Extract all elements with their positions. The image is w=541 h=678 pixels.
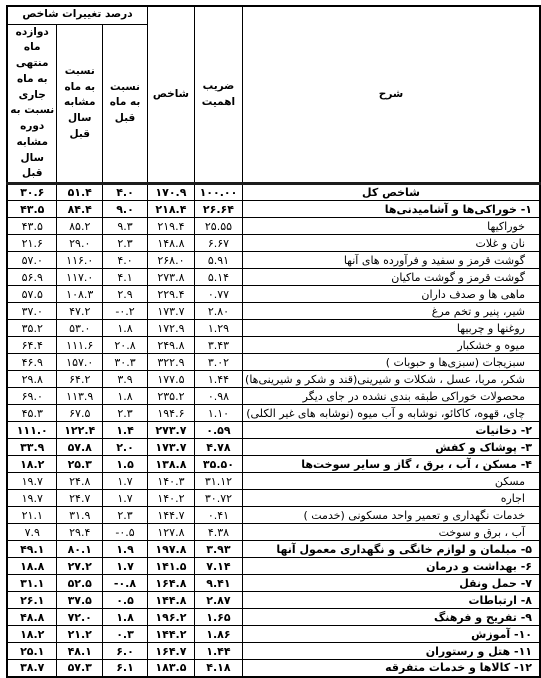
row-importance-weight: ۲۶.۶۴	[194, 201, 242, 218]
header-importance-weight: ضریب اهمیت	[194, 6, 242, 184]
row-vs-prev-month: ۳۰.۳	[103, 354, 148, 371]
row-index-value: ۲۱۸.۴	[147, 201, 194, 218]
row-vs-same-month-prev-year: ۴۸.۱	[57, 643, 103, 660]
table-row: نان و غلات ۶.۶۷ ۱۴۸.۸ ۲.۳ ۲۹.۰ ۲۱.۶	[7, 235, 540, 252]
row-description: سبزیجات (سبزی‌ها و حبوبات )	[243, 354, 540, 371]
row-vs-same-month-prev-year: ۶۷.۵	[57, 405, 103, 422]
row-index-value: ۱۴۴.۷	[147, 507, 194, 524]
row-vs-prev-month: ۱.۸	[103, 388, 148, 405]
page: { "page": { "background": "#ffffff", "bo…	[0, 0, 541, 640]
row-importance-weight: ۰.۷۷	[194, 286, 242, 303]
row-description: روغنها و چربیها	[243, 320, 540, 337]
row-index-value: ۱۴۱.۵	[147, 558, 194, 575]
row-twelve-month: ۴۵.۳	[7, 405, 57, 422]
header-index: شاخص	[147, 6, 194, 184]
row-vs-same-month-prev-year: ۵۱.۴	[57, 184, 103, 201]
row-twelve-month: ۲۵.۱	[7, 643, 57, 660]
row-description: ۲- دخانیات	[243, 422, 540, 439]
row-description: ۹- تفریح و فرهنگ	[243, 609, 540, 626]
row-description: چای، قهوه، کاکائو، نوشابه و آب میوه (نوش…	[243, 405, 540, 422]
row-vs-same-month-prev-year: ۲۴.۷	[57, 490, 103, 507]
table-row: ۱۲- کالاها و خدمات متفرقه ۴.۱۸ ۱۸۳.۵ ۶.۱…	[7, 660, 540, 677]
row-vs-same-month-prev-year: ۲۵.۳	[57, 456, 103, 473]
row-twelve-month: ۲۶.۱	[7, 592, 57, 609]
table-row: آب ، برق و سوخت ۴.۳۸ ۱۲۷.۸ -۰.۵ ۲۹.۴ ۷.۹	[7, 524, 540, 541]
row-twelve-month: ۳۰.۶	[7, 184, 57, 201]
row-importance-weight: ۳.۰۲	[194, 354, 242, 371]
row-twelve-month: ۴۳.۵	[7, 218, 57, 235]
table-row: چای، قهوه، کاکائو، نوشابه و آب میوه (نوش…	[7, 405, 540, 422]
row-importance-weight: ۴.۱۸	[194, 660, 242, 677]
table-row: مسکن ۳۱.۱۲ ۱۴۰.۳ ۱.۷ ۲۴.۸ ۱۹.۷	[7, 473, 540, 490]
row-vs-same-month-prev-year: ۳۱.۹	[57, 507, 103, 524]
row-vs-same-month-prev-year: ۱۱۱.۶	[57, 337, 103, 354]
row-vs-same-month-prev-year: ۵۷.۳	[57, 660, 103, 677]
row-index-value: ۱۹۷.۸	[147, 541, 194, 558]
row-vs-same-month-prev-year: ۸۴.۴	[57, 201, 103, 218]
table-row: ۶- بهداشت و درمان ۷.۱۴ ۱۴۱.۵ ۱.۷ ۲۷.۲ ۱۸…	[7, 558, 540, 575]
row-index-value: ۱۶۴.۷	[147, 643, 194, 660]
row-twelve-month: ۱۸.۲	[7, 456, 57, 473]
row-importance-weight: ۱.۴۴	[194, 643, 242, 660]
table-row: ماهی ها و صدف داران ۰.۷۷ ۲۲۹.۴ ۲.۹ ۱۰۸.۳…	[7, 286, 540, 303]
row-vs-same-month-prev-year: ۸۰.۱	[57, 541, 103, 558]
table-row: ۲- دخانیات ۰.۵۹ ۲۷۳.۷ ۱.۴ ۱۲۲.۴ ۱۱۱.۰	[7, 422, 540, 439]
row-description: نان و غلات	[243, 235, 540, 252]
table-row: ۴- مسکن ، آب ، برق ، گاز و سایر سوخت‌ها …	[7, 456, 540, 473]
table-row: ۱- خوراکی‌ها و آشامیدنی‌ها ۲۶.۶۴ ۲۱۸.۴ ۹…	[7, 201, 540, 218]
row-index-value: ۲۴۹.۸	[147, 337, 194, 354]
row-vs-prev-month: ۶.۱	[103, 660, 148, 677]
row-importance-weight: ۰.۹۸	[194, 388, 242, 405]
row-vs-same-month-prev-year: ۱۱۶.۰	[57, 252, 103, 269]
row-vs-same-month-prev-year: ۲۴.۸	[57, 473, 103, 490]
row-description: ۳- پوشاک و کفش	[243, 439, 540, 456]
row-importance-weight: ۶.۶۷	[194, 235, 242, 252]
row-vs-prev-month: ۲.۳	[103, 405, 148, 422]
row-importance-weight: ۱.۶۵	[194, 609, 242, 626]
row-twelve-month: ۴۳.۵	[7, 201, 57, 218]
row-vs-same-month-prev-year: ۲۹.۴	[57, 524, 103, 541]
header-vs-same-month-prev-year: نسبت به ماه مشابه سال قبل	[57, 24, 103, 184]
row-vs-prev-month: ۴.۰	[103, 252, 148, 269]
row-vs-prev-month: ۱.۴	[103, 422, 148, 439]
row-vs-same-month-prev-year: ۵۲.۵	[57, 575, 103, 592]
table-row: ۸- ارتباطات ۲.۸۷ ۱۴۴.۸ ۰.۵ ۳۷.۵ ۲۶.۱	[7, 592, 540, 609]
row-vs-prev-month: ۹.۰	[103, 201, 148, 218]
row-vs-prev-month: ۱.۷	[103, 558, 148, 575]
row-description: اجاره	[243, 490, 540, 507]
row-twelve-month: ۱۹.۷	[7, 490, 57, 507]
row-twelve-month: ۴۸.۸	[7, 609, 57, 626]
row-description: گوشت قرمز و گوشت ماکیان	[243, 269, 540, 286]
row-twelve-month: ۲۹.۸	[7, 371, 57, 388]
row-description: ۱- خوراکی‌ها و آشامیدنی‌ها	[243, 201, 540, 218]
row-description: شیر، پنیر و تخم مرغ	[243, 303, 540, 320]
row-description: ۷- حمل ونقل	[243, 575, 540, 592]
row-index-value: ۲۱۹.۴	[147, 218, 194, 235]
row-importance-weight: ۰.۵۹	[194, 422, 242, 439]
row-twelve-month: ۶۹.۰	[7, 388, 57, 405]
row-index-value: ۱۴۴.۸	[147, 592, 194, 609]
row-vs-same-month-prev-year: ۱۰۸.۳	[57, 286, 103, 303]
row-description: خوراکیها	[243, 218, 540, 235]
row-description: ۱۲- کالاها و خدمات متفرقه	[243, 660, 540, 677]
table-row: اجاره ۳۰.۷۲ ۱۴۰.۲ ۱.۷ ۲۴.۷ ۱۹.۷	[7, 490, 540, 507]
row-index-value: ۱۷۳.۷	[147, 439, 194, 456]
row-vs-same-month-prev-year: ۱۵۷.۰	[57, 354, 103, 371]
row-vs-prev-month: ۹.۳	[103, 218, 148, 235]
row-index-value: ۱۹۴.۶	[147, 405, 194, 422]
row-vs-same-month-prev-year: ۷۲.۰	[57, 609, 103, 626]
row-index-value: ۲۷۳.۷	[147, 422, 194, 439]
row-description: شاخص کل	[243, 184, 540, 201]
row-twelve-month: ۵۶.۹	[7, 269, 57, 286]
row-vs-prev-month: ۲.۳	[103, 507, 148, 524]
row-vs-same-month-prev-year: ۱۱۳.۹	[57, 388, 103, 405]
header-percent-changes-title: درصد تغییرات شاخص	[7, 6, 147, 24]
table-row: محصولات خوراکی طبقه بندی نشده در جای دیگ…	[7, 388, 540, 405]
table-row: شاخص کل ۱۰۰.۰۰ ۱۷۰.۹ ۴.۰ ۵۱.۴ ۳۰.۶	[7, 184, 540, 201]
table-row: ۹- تفریح و فرهنگ ۱.۶۵ ۱۹۶.۲ ۱.۸ ۷۲.۰ ۴۸.…	[7, 609, 540, 626]
row-description: ۱۱- هتل و رستوران	[243, 643, 540, 660]
row-vs-same-month-prev-year: ۲۹.۰	[57, 235, 103, 252]
row-twelve-month: ۱۸.۸	[7, 558, 57, 575]
row-vs-prev-month: -۰.۵	[103, 524, 148, 541]
table-row: گوشت قرمز و گوشت ماکیان ۵.۱۴ ۲۷۳.۸ ۴.۱ ۱…	[7, 269, 540, 286]
row-vs-prev-month: ۶.۰	[103, 643, 148, 660]
row-vs-prev-month: ۴.۰	[103, 184, 148, 201]
row-twelve-month: ۲۱.۶	[7, 235, 57, 252]
row-importance-weight: ۱.۲۹	[194, 320, 242, 337]
row-twelve-month: ۳۵.۲	[7, 320, 57, 337]
table-header: شرح ضریب اهمیت شاخص درصد تغییرات شاخص نس…	[7, 6, 540, 184]
row-importance-weight: ۳۰.۷۲	[194, 490, 242, 507]
row-importance-weight: ۳۵.۵۰	[194, 456, 242, 473]
row-index-value: ۱۷۰.۹	[147, 184, 194, 201]
row-vs-same-month-prev-year: ۸۵.۲	[57, 218, 103, 235]
row-vs-same-month-prev-year: ۲۷.۲	[57, 558, 103, 575]
row-vs-prev-month: ۳.۹	[103, 371, 148, 388]
row-vs-same-month-prev-year: ۵۳.۰	[57, 320, 103, 337]
row-twelve-month: ۳۸.۷	[7, 660, 57, 677]
row-vs-prev-month: ۴.۱	[103, 269, 148, 286]
row-index-value: ۱۶۴.۸	[147, 575, 194, 592]
table-row: میوه و خشکبار ۳.۴۳ ۲۴۹.۸ ۲۰.۸ ۱۱۱.۶ ۶۴.۴	[7, 337, 540, 354]
header-twelve-month: دوازده ماه منتهی به ماه جاری نسبت به دور…	[7, 24, 57, 184]
table-row: شیر، پنیر و تخم مرغ ۲.۸۰ ۱۷۳.۷ -۰.۲ ۴۷.۲…	[7, 303, 540, 320]
row-vs-same-month-prev-year: ۴۷.۲	[57, 303, 103, 320]
row-index-value: ۱۷۲.۹	[147, 320, 194, 337]
row-vs-prev-month: ۰.۵	[103, 592, 148, 609]
table-row: ۱۱- هتل و رستوران ۱.۴۴ ۱۶۴.۷ ۶.۰ ۴۸.۱ ۲۵…	[7, 643, 540, 660]
row-twelve-month: ۷.۹	[7, 524, 57, 541]
row-importance-weight: ۵.۹۱	[194, 252, 242, 269]
row-twelve-month: ۶۴.۴	[7, 337, 57, 354]
table-row: ۳- پوشاک و کفش ۴.۷۸ ۱۷۳.۷ ۲.۰ ۵۷.۸ ۳۳.۹	[7, 439, 540, 456]
row-importance-weight: ۰.۴۱	[194, 507, 242, 524]
row-importance-weight: ۳۱.۱۲	[194, 473, 242, 490]
row-vs-prev-month: ۱.۹	[103, 541, 148, 558]
row-vs-same-month-prev-year: ۳۷.۵	[57, 592, 103, 609]
row-importance-weight: ۴.۳۸	[194, 524, 242, 541]
table-row: خدمات نگهداری و تعمیر واحد مسکونی (خدمت …	[7, 507, 540, 524]
row-index-value: ۱۷۷.۵	[147, 371, 194, 388]
row-description: میوه و خشکبار	[243, 337, 540, 354]
table-body: شاخص کل ۱۰۰.۰۰ ۱۷۰.۹ ۴.۰ ۵۱.۴ ۳۰.۶ ۱- خو…	[7, 184, 540, 677]
row-vs-prev-month: ۲.۳	[103, 235, 148, 252]
cpi-table-sheet: شرح ضریب اهمیت شاخص درصد تغییرات شاخص نس…	[6, 5, 541, 678]
row-index-value: ۲۳۵.۲	[147, 388, 194, 405]
row-vs-prev-month: ۱.۸	[103, 320, 148, 337]
row-index-value: ۱۴۰.۳	[147, 473, 194, 490]
row-vs-prev-month: ۲.۹	[103, 286, 148, 303]
row-twelve-month: ۳۱.۱	[7, 575, 57, 592]
row-vs-prev-month: -۰.۸	[103, 575, 148, 592]
row-vs-prev-month: ۱.۷	[103, 490, 148, 507]
row-index-value: ۱۴۸.۸	[147, 235, 194, 252]
row-importance-weight: ۵.۱۴	[194, 269, 242, 286]
row-twelve-month: ۱۱۱.۰	[7, 422, 57, 439]
row-index-value: ۱۲۷.۸	[147, 524, 194, 541]
row-vs-same-month-prev-year: ۱۲۲.۴	[57, 422, 103, 439]
row-vs-prev-month: -۰.۲	[103, 303, 148, 320]
row-twelve-month: ۱۹.۷	[7, 473, 57, 490]
row-importance-weight: ۲۵.۵۵	[194, 218, 242, 235]
table-row: ۷- حمل ونقل ۹.۴۱ ۱۶۴.۸ -۰.۸ ۵۲.۵ ۳۱.۱	[7, 575, 540, 592]
row-vs-same-month-prev-year: ۶۴.۲	[57, 371, 103, 388]
row-twelve-month: ۴۶.۹	[7, 354, 57, 371]
row-importance-weight: ۹.۴۱	[194, 575, 242, 592]
cpi-index-table: شرح ضریب اهمیت شاخص درصد تغییرات شاخص نس…	[6, 5, 541, 678]
row-index-value: ۲۷۳.۸	[147, 269, 194, 286]
row-description: ماهی ها و صدف داران	[243, 286, 540, 303]
row-twelve-month: ۴۹.۱	[7, 541, 57, 558]
row-twelve-month: ۳۷.۰	[7, 303, 57, 320]
table-row: سبزیجات (سبزی‌ها و حبوبات ) ۳.۰۲ ۳۲۲.۹ ۳…	[7, 354, 540, 371]
row-index-value: ۲۶۸.۰	[147, 252, 194, 269]
row-importance-weight: ۷.۱۴	[194, 558, 242, 575]
row-vs-same-month-prev-year: ۵۷.۸	[57, 439, 103, 456]
header-vs-prev-month: نسبت به ماه قبل	[103, 24, 148, 184]
row-description: آب ، برق و سوخت	[243, 524, 540, 541]
table-row: روغنها و چربیها ۱.۲۹ ۱۷۲.۹ ۱.۸ ۵۳.۰ ۳۵.۲	[7, 320, 540, 337]
row-importance-weight: ۱.۱۰	[194, 405, 242, 422]
row-vs-prev-month: ۱.۷	[103, 473, 148, 490]
row-description: ۶- بهداشت و درمان	[243, 558, 540, 575]
row-importance-weight: ۳.۴۳	[194, 337, 242, 354]
row-index-value: ۱۸۳.۵	[147, 660, 194, 677]
row-description: خدمات نگهداری و تعمیر واحد مسکونی (خدمت …	[243, 507, 540, 524]
row-vs-prev-month: ۱.۵	[103, 456, 148, 473]
row-description: ۴- مسکن ، آب ، برق ، گاز و سایر سوخت‌ها	[243, 456, 540, 473]
row-vs-prev-month: ۲۰.۸	[103, 337, 148, 354]
row-importance-weight: ۱۰۰.۰۰	[194, 184, 242, 201]
row-importance-weight: ۳.۹۳	[194, 541, 242, 558]
row-index-value: ۱۴۰.۲	[147, 490, 194, 507]
row-importance-weight: ۱.۴۴	[194, 371, 242, 388]
row-description: ۵- مبلمان و لوازم خانگی و نگهداری معمول …	[243, 541, 540, 558]
table-row: شکر، مربا، عسل ، شکلات و شیرینی(قند و شک…	[7, 371, 540, 388]
header-description: شرح	[243, 6, 540, 184]
table-row: ۵- مبلمان و لوازم خانگی و نگهداری معمول …	[7, 541, 540, 558]
row-index-value: ۱۹۶.۲	[147, 609, 194, 626]
row-description: گوشت قرمز و سفید و فرآورده های آنها	[243, 252, 540, 269]
row-importance-weight: ۲.۸۰	[194, 303, 242, 320]
row-description: شکر، مربا، عسل ، شکلات و شیرینی(قند و شک…	[243, 371, 540, 388]
row-twelve-month: ۵۷.۰	[7, 252, 57, 269]
row-description: محصولات خوراکی طبقه بندی نشده در جای دیگ…	[243, 388, 540, 405]
row-twelve-month: ۳۳.۹	[7, 439, 57, 456]
row-importance-weight: ۴.۷۸	[194, 439, 242, 456]
row-index-value: ۱۷۳.۷	[147, 303, 194, 320]
row-description: ۸- ارتباطات	[243, 592, 540, 609]
table-row: گوشت قرمز و سفید و فرآورده های آنها ۵.۹۱…	[7, 252, 540, 269]
row-index-value: ۱۳۸.۸	[147, 456, 194, 473]
row-description: مسکن	[243, 473, 540, 490]
row-index-value: ۳۲۲.۹	[147, 354, 194, 371]
row-vs-prev-month: ۱.۸	[103, 609, 148, 626]
row-vs-prev-month: ۲.۰	[103, 439, 148, 456]
row-index-value: ۲۲۹.۴	[147, 286, 194, 303]
row-twelve-month: ۵۷.۵	[7, 286, 57, 303]
table-row: خوراکیها ۲۵.۵۵ ۲۱۹.۴ ۹.۳ ۸۵.۲ ۴۳.۵	[7, 218, 540, 235]
row-vs-same-month-prev-year: ۱۱۷.۰	[57, 269, 103, 286]
row-twelve-month: ۲۱.۱	[7, 507, 57, 524]
row-importance-weight: ۲.۸۷	[194, 592, 242, 609]
